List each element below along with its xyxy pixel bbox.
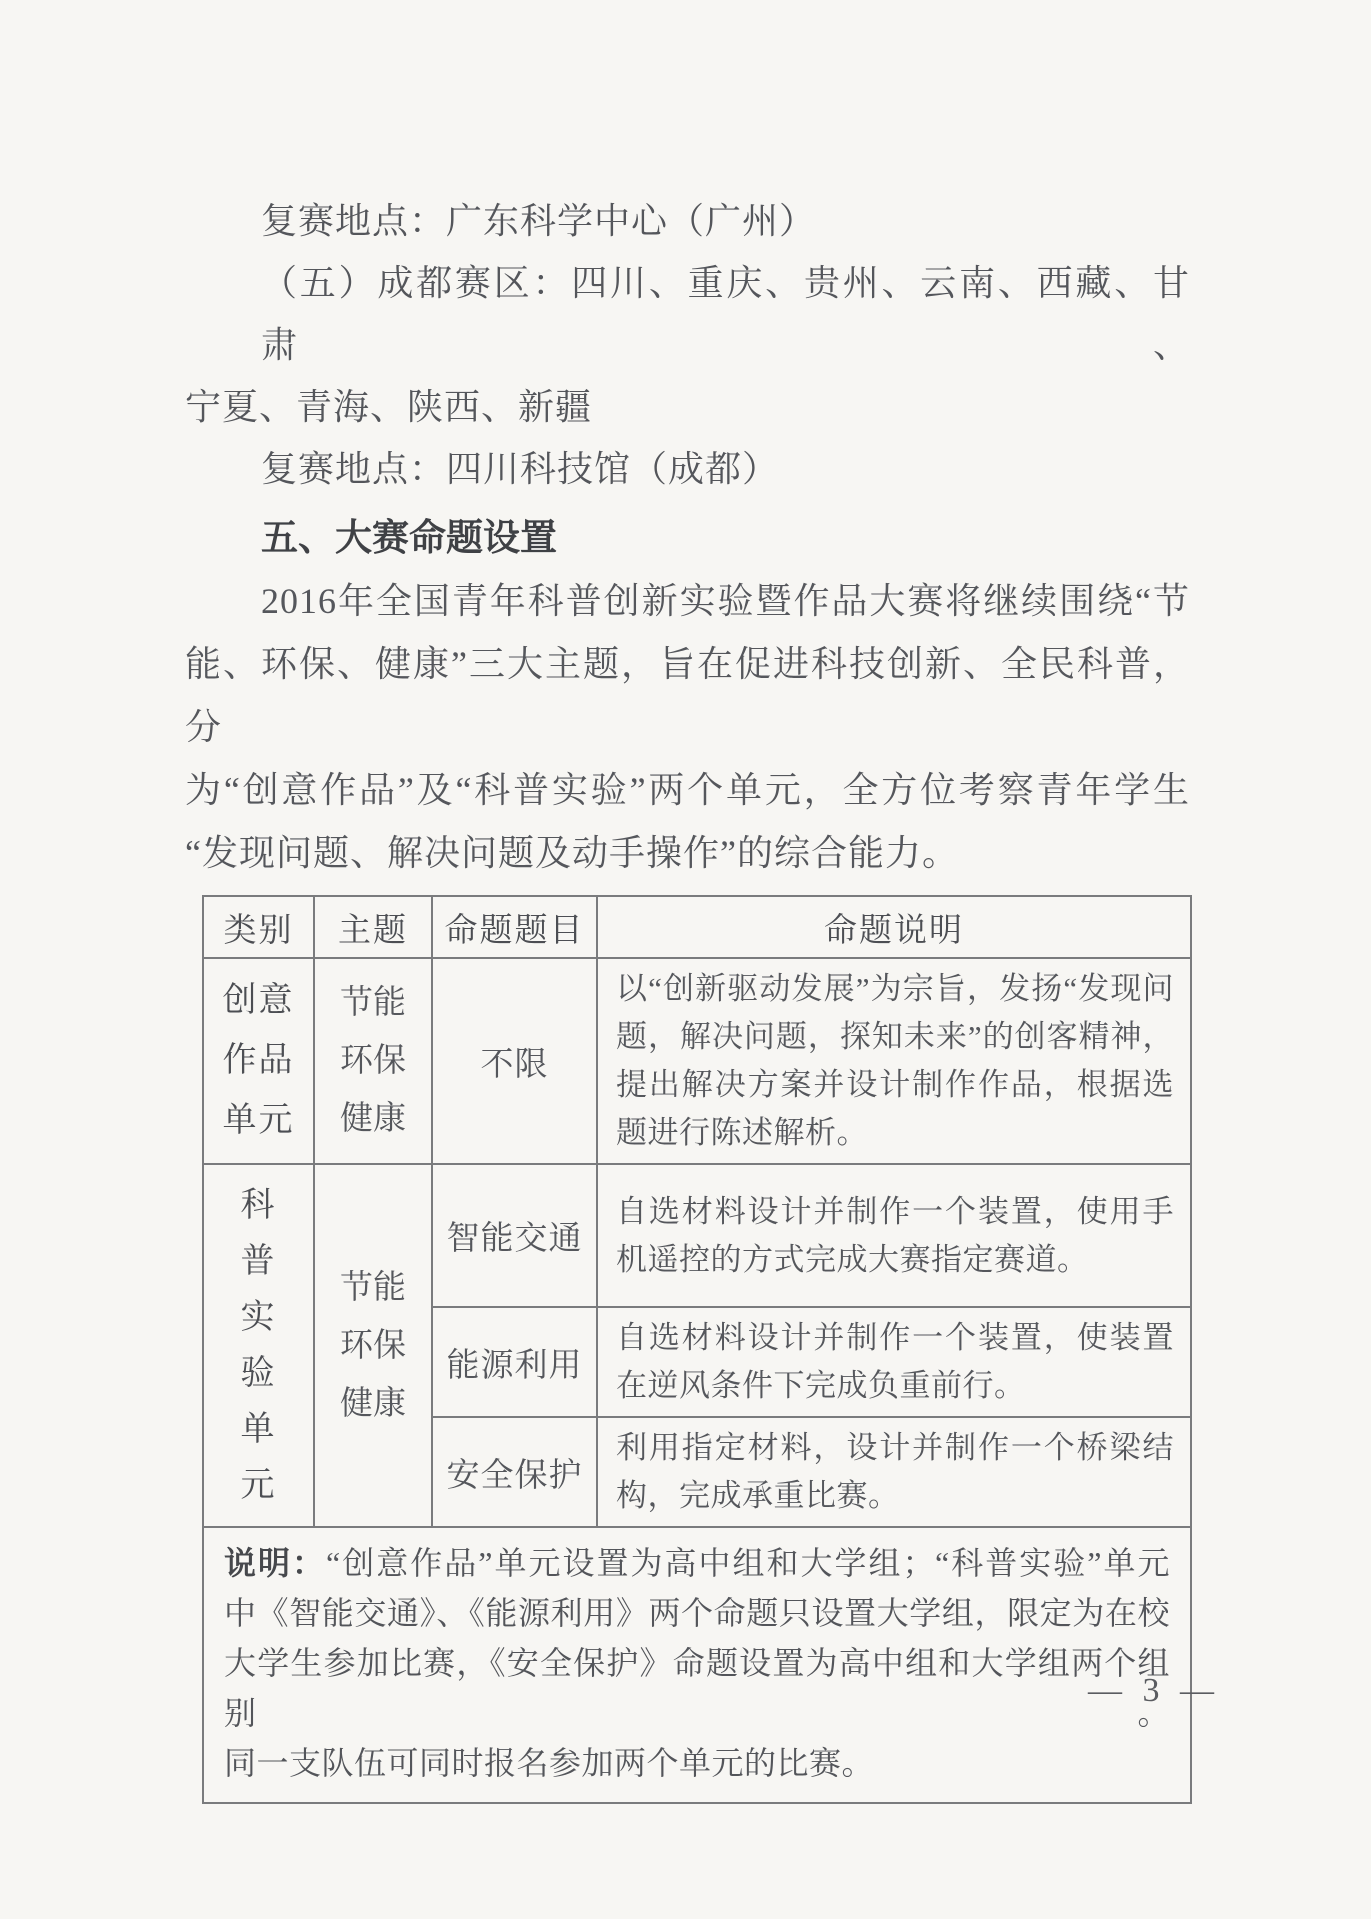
note-label: 说明： bbox=[224, 1545, 326, 1581]
document-body: 复赛地点：广东科学中心（广州） （五）成都赛区：四川、重庆、贵州、云南、西藏、甘… bbox=[185, 190, 1190, 1804]
header-category: 类别 bbox=[203, 896, 314, 958]
paragraph-line: 2016年全国青年科普创新实验暨作品大赛将继续围绕“节 bbox=[185, 570, 1190, 633]
table-row-smart-traffic: 科 普 实 验 单 元 节能 环保 健康 智能交通 自选材料设计并制作一个装置，… bbox=[203, 1164, 1191, 1307]
header-topic: 命题题目 bbox=[432, 896, 597, 958]
description-safety-protection: 利用指定材料，设计并制作一个桥梁结构，完成承重比赛。 bbox=[597, 1417, 1191, 1527]
table-note-row: 说明：“创意作品”单元设置为高中组和大学组；“科普实验”单元 中《智能交通》、《… bbox=[203, 1527, 1191, 1803]
section-heading: 五、大赛命题设置 bbox=[185, 508, 1190, 570]
description-smart-traffic: 自选材料设计并制作一个装置，使用手机遥控的方式完成大赛指定赛道。 bbox=[597, 1164, 1191, 1307]
scanned-document-page: { "doc": { "lines": [ "复赛地点：广东科学中心（广州）",… bbox=[0, 0, 1371, 1919]
body-line-venue-chengdu: 复赛地点：四川科技馆（成都） bbox=[185, 438, 1190, 500]
body-line-region-continued: 宁夏、青海、陕西、新疆 bbox=[185, 376, 1190, 438]
description-energy-use: 自选材料设计并制作一个装置，使装置在逆风条件下完成负重前行。 bbox=[597, 1307, 1191, 1417]
paragraph-line: 能、环保、健康”三大主题，旨在促进科技创新、全民科普，分 bbox=[185, 633, 1190, 759]
table-header-row: 类别 主题 命题题目 命题说明 bbox=[203, 896, 1191, 958]
theme-creative-works: 节能 环保 健康 bbox=[314, 958, 432, 1164]
topic-safety-protection: 安全保护 bbox=[432, 1417, 597, 1527]
body-line-chengdu-region: （五）成都赛区：四川、重庆、贵州、云南、西藏、甘肃、 bbox=[185, 252, 1190, 376]
paragraph-line: “发现问题、解决问题及动手操作”的综合能力。 bbox=[185, 822, 1190, 885]
description-creative-works: 以“创新驱动发展”为宗旨，发扬“发现问题，解决问题，探知未来”的创客精神，提出解… bbox=[597, 958, 1191, 1164]
competition-topics-table: 类别 主题 命题题目 命题说明 创意 作品 单元 节能 环保 健康 不限 以“创… bbox=[202, 895, 1192, 1804]
category-creative-works: 创意 作品 单元 bbox=[203, 958, 314, 1164]
topic-unlimited: 不限 bbox=[432, 958, 597, 1164]
header-description: 命题说明 bbox=[597, 896, 1191, 958]
table-note: 说明：“创意作品”单元设置为高中组和大学组；“科普实验”单元 中《智能交通》、《… bbox=[203, 1527, 1191, 1803]
note-line: 说明：“创意作品”单元设置为高中组和大学组；“科普实验”单元 bbox=[224, 1538, 1170, 1588]
topic-smart-traffic: 智能交通 bbox=[432, 1164, 597, 1307]
category-science-experiment: 科 普 实 验 单 元 bbox=[203, 1164, 314, 1527]
note-line: 同一支队伍可同时报名参加两个单元的比赛。 bbox=[224, 1738, 1170, 1788]
theme-science-experiment: 节能 环保 健康 bbox=[314, 1164, 432, 1527]
note-text: “创意作品”单元设置为高中组和大学组；“科普实验”单元 bbox=[326, 1545, 1170, 1581]
header-theme: 主题 bbox=[314, 896, 432, 958]
table-row-creative-works: 创意 作品 单元 节能 环保 健康 不限 以“创新驱动发展”为宗旨，发扬“发现问… bbox=[203, 958, 1191, 1164]
page-number: — 3 — bbox=[1088, 1672, 1220, 1710]
note-line: 大学生参加比赛，《安全保护》命题设置为高中组和大学组两个组别。 bbox=[224, 1638, 1170, 1738]
body-line-venue-guangzhou: 复赛地点：广东科学中心（广州） bbox=[185, 190, 1190, 252]
note-line: 中《智能交通》、《能源利用》两个命题只设置大学组，限定为在校 bbox=[224, 1588, 1170, 1638]
topic-energy-use: 能源利用 bbox=[432, 1307, 597, 1417]
paragraph-line: 为“创意作品”及“科普实验”两个单元，全方位考察青年学生 bbox=[185, 759, 1190, 822]
